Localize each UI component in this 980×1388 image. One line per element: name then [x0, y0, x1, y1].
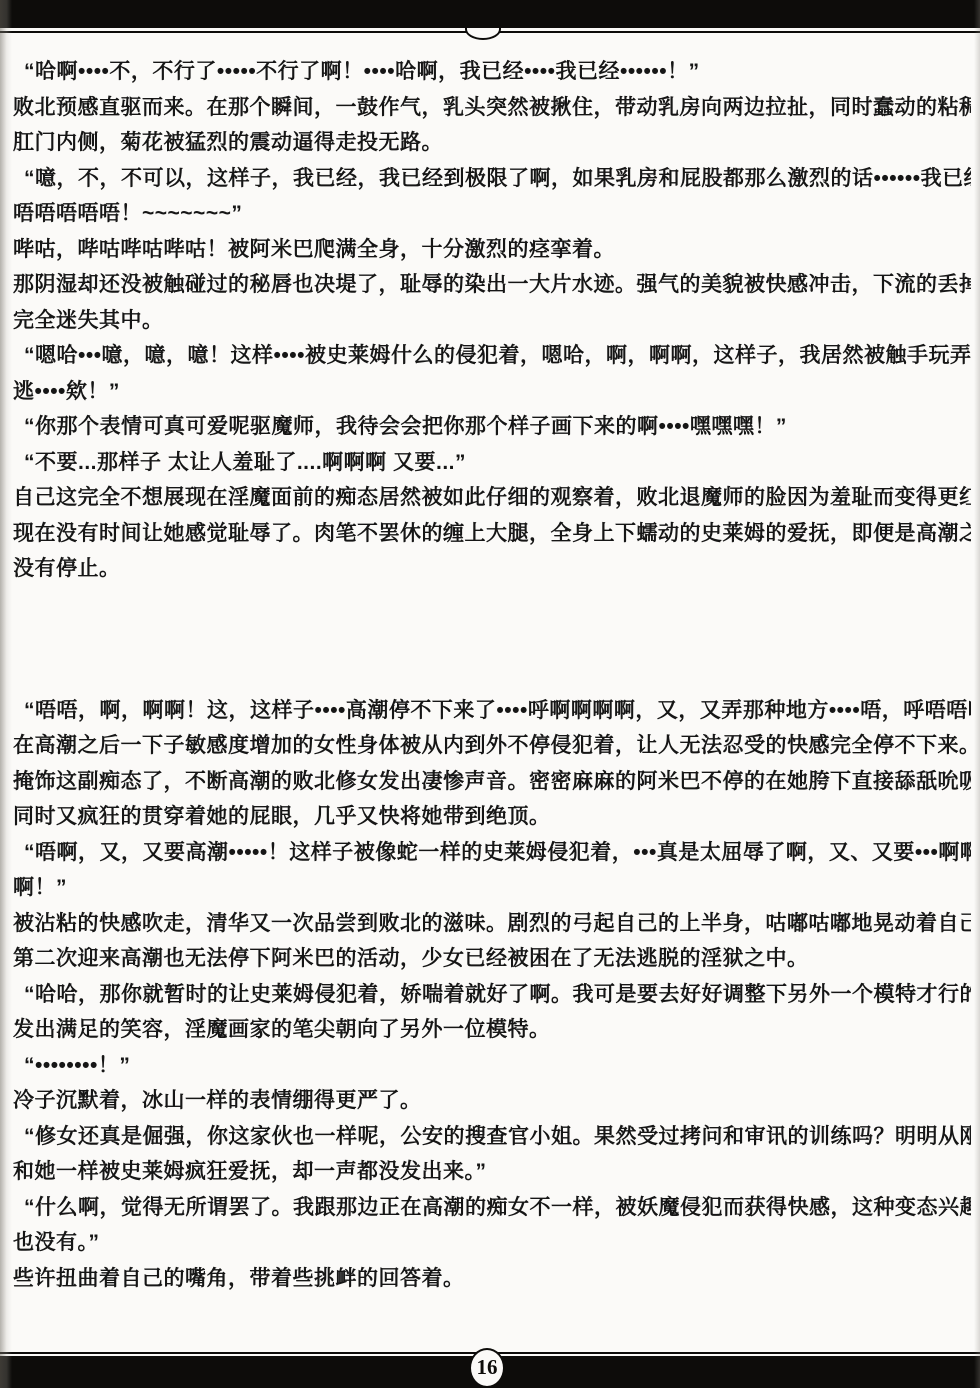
text-line: 在高潮之后一下子敏感度增加的女性身体被从内到外不停侵犯着，让人无法忍受的快感完全…: [13, 728, 971, 764]
text-line: 被沾粘的快感吹走，清华又一次品尝到败北的滋味。剧烈的弓起自己的上半身，咕嘟咕嘟地…: [13, 906, 971, 942]
text-line: 现在没有时间让她感觉耻辱了。肉笔不罢休的缠上大腿，全身上下蠕动的史莱姆的爱抚，即…: [13, 516, 971, 552]
page-edge-shadow-left: [0, 0, 12, 1388]
text-line: 也没有。”: [13, 1225, 971, 1261]
text-line: “••••••••！”: [13, 1048, 971, 1084]
text-line: “唔唔，啊，啊啊！这，这样子••••高潮停不下来了••••呼啊啊啊啊，又，又弄那…: [13, 693, 971, 729]
text-line: 掩饰这副痴态了，不断高潮的败北修女发出凄惨声音。密密麻麻的阿米巴不停的在她胯下直…: [13, 764, 971, 800]
page-edge-shadow-right: [974, 0, 980, 1388]
text-line: “噫，不，不可以，这样子，我已经，我已经到极限了啊，如果乳房和屁股都那么激烈的话…: [13, 161, 971, 197]
page-number-badge: 16: [469, 1348, 505, 1388]
text-line: 同时又疯狂的贯穿着她的屁眼，几乎又快将她带到绝顶。: [13, 799, 971, 835]
scanned-page: “哈啊••••不，不行了•••••不行了啊！••••哈啊，我已经••••我已经•…: [0, 0, 980, 1388]
body-text: “哈啊••••不，不行了•••••不行了啊！••••哈啊，我已经••••我已经•…: [13, 54, 971, 1296]
text-line: “唔啊，又，又要高潮•••••！这样子被像蛇一样的史莱姆侵犯着，•••真是太屈辱…: [13, 835, 971, 871]
text-line: 完全迷失其中。: [13, 303, 971, 339]
text-line: 冷子沉默着，冰山一样的表情绷得更严了。: [13, 1083, 971, 1119]
text-line: “修女还真是倔强，你这家伙也一样呢，公安的搜查官小姐。果然受过拷问和审讯的训练吗…: [13, 1119, 971, 1155]
text-line: “你那个表情可真可爱呢驱魔师，我待会会把你那个样子画下来的啊••••嘿嘿嘿！”: [13, 409, 971, 445]
top-border-notch: [465, 28, 501, 40]
text-line: 啊！”: [13, 870, 971, 906]
top-border-bar: [0, 0, 980, 28]
text-line: “不要...那样子 太让人羞耻了....啊啊啊 又要...”: [13, 445, 971, 481]
text-line: “哈哈，那你就暂时的让史莱姆侵犯着，娇喘着就好了啊。我可是要去好好调整下另外一个…: [13, 977, 971, 1013]
page-number: 16: [477, 1357, 498, 1380]
text-line: 没有停止。: [13, 551, 971, 587]
text-line: 些许扭曲着自己的嘴角，带着些挑衅的回答着。: [13, 1261, 971, 1297]
text-line: 唔唔唔唔唔！~~~~~~~”: [13, 196, 971, 232]
text-line: 第二次迎来高潮也无法停下阿米巴的活动，少女已经被困在了无法逃脱的淫狱之中。: [13, 941, 971, 977]
text-line: “哈啊••••不，不行了•••••不行了啊！••••哈啊，我已经••••我已经•…: [13, 54, 971, 90]
text-line: 那阴湿却还没被触碰过的秘唇也决堤了，耻辱的染出一大片水迹。强气的美貌被快感冲击，…: [13, 267, 971, 303]
text-line: 自己这完全不想展现在淫魔面前的痴态居然被如此仔细的观察着，败北退魔师的脸因为羞耻…: [13, 480, 971, 516]
text-line: 发出满足的笑容，淫魔画家的笔尖朝向了另外一位模特。: [13, 1012, 971, 1048]
text-line: 逃••••欸！”: [13, 374, 971, 410]
text-line: 肛门内侧，菊花被猛烈的震动逼得走投无路。: [13, 125, 971, 161]
text-line: “嗯哈•••噫，噫，噫！这样••••被史莱姆什么的侵犯着，嗯哈，啊，啊啊，这样子…: [13, 338, 971, 374]
text-line: 败北预感直驱而来。在那个瞬间，一鼓作气，乳头突然被揪住，带动乳房向两边拉扯，同时…: [13, 90, 971, 126]
text-line: 和她一样被史莱姆疯狂爱抚，却一声都没发出来。”: [13, 1154, 971, 1190]
text-line: 哔咕，哔咕哔咕哔咕！被阿米巴爬满全身，十分激烈的痉挛着。: [13, 232, 971, 268]
text-line: “什么啊，觉得无所谓罢了。我跟那边正在高潮的痴女不一样，被妖魔侵犯而获得快感，这…: [13, 1190, 971, 1226]
